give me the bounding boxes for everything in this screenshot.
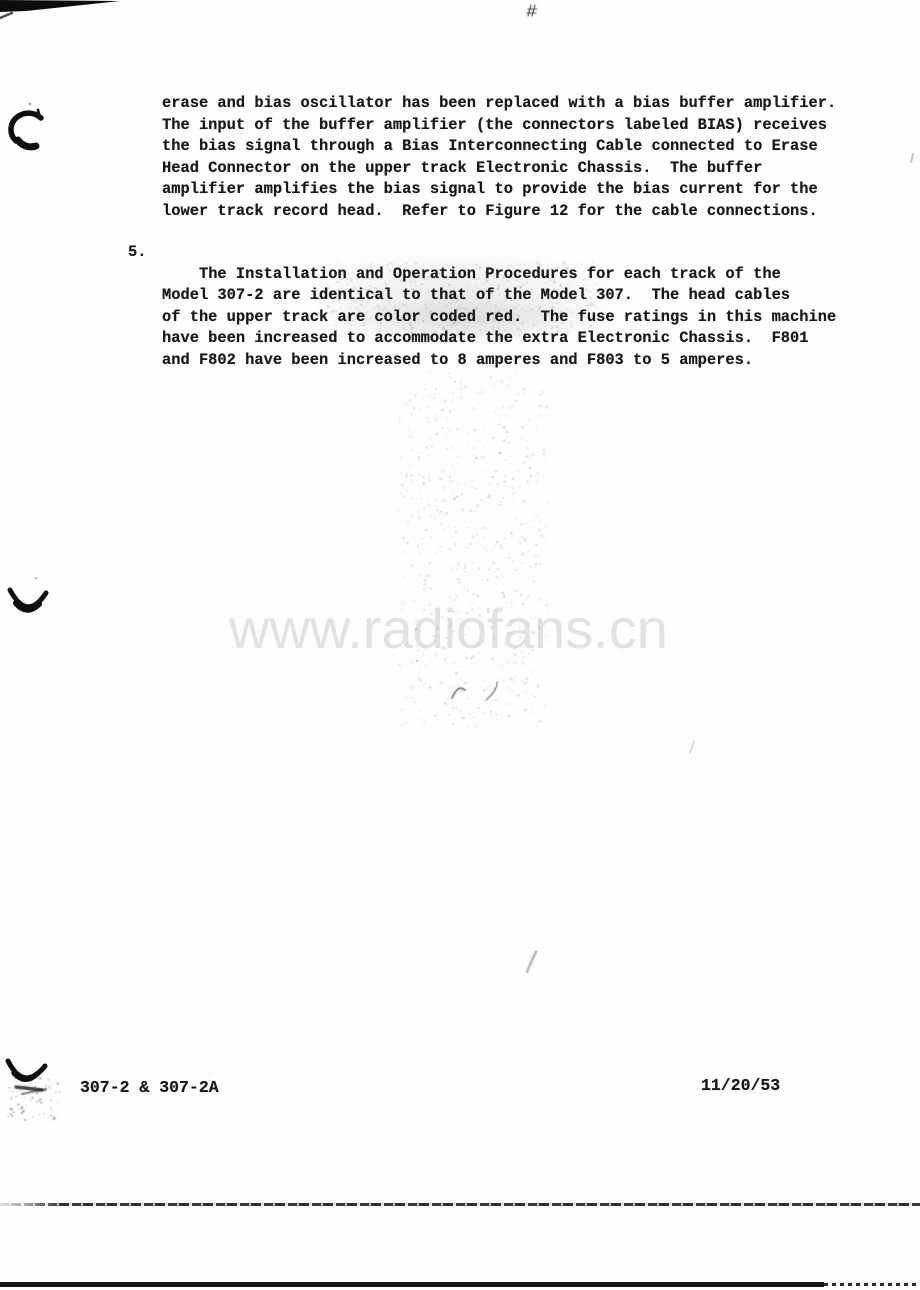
list-item-text: The Installation and Operation Procedure… xyxy=(162,265,836,369)
scan-crescent-3 xyxy=(8,1061,45,1079)
scan-line-horizontal xyxy=(0,1203,920,1206)
footer-model-number: 307-2 & 307-2A xyxy=(80,1077,219,1099)
scan-crescent-1 xyxy=(11,103,41,147)
scan-stray-tick xyxy=(910,153,914,163)
scan-stray-slash xyxy=(689,740,696,754)
scan-crescent-2 xyxy=(10,577,46,610)
scanned-document-page: www.radiofans.cn erase and bias oscillat… xyxy=(0,0,920,1290)
footer-date: 11/20/53 xyxy=(701,1075,780,1097)
list-item-5: 5.The Installation and Operation Procedu… xyxy=(162,242,836,393)
scan-wedge-top-left xyxy=(0,0,120,12)
scan-stray-slash xyxy=(525,950,537,974)
watermark: www.radiofans.cn xyxy=(229,596,668,661)
scan-border-bottom xyxy=(0,1282,824,1287)
scan-border-bottom-dashed xyxy=(824,1283,920,1286)
paragraph-continuation: erase and bias oscillator has been repla… xyxy=(162,93,836,222)
list-item-number: 5. xyxy=(128,242,146,264)
